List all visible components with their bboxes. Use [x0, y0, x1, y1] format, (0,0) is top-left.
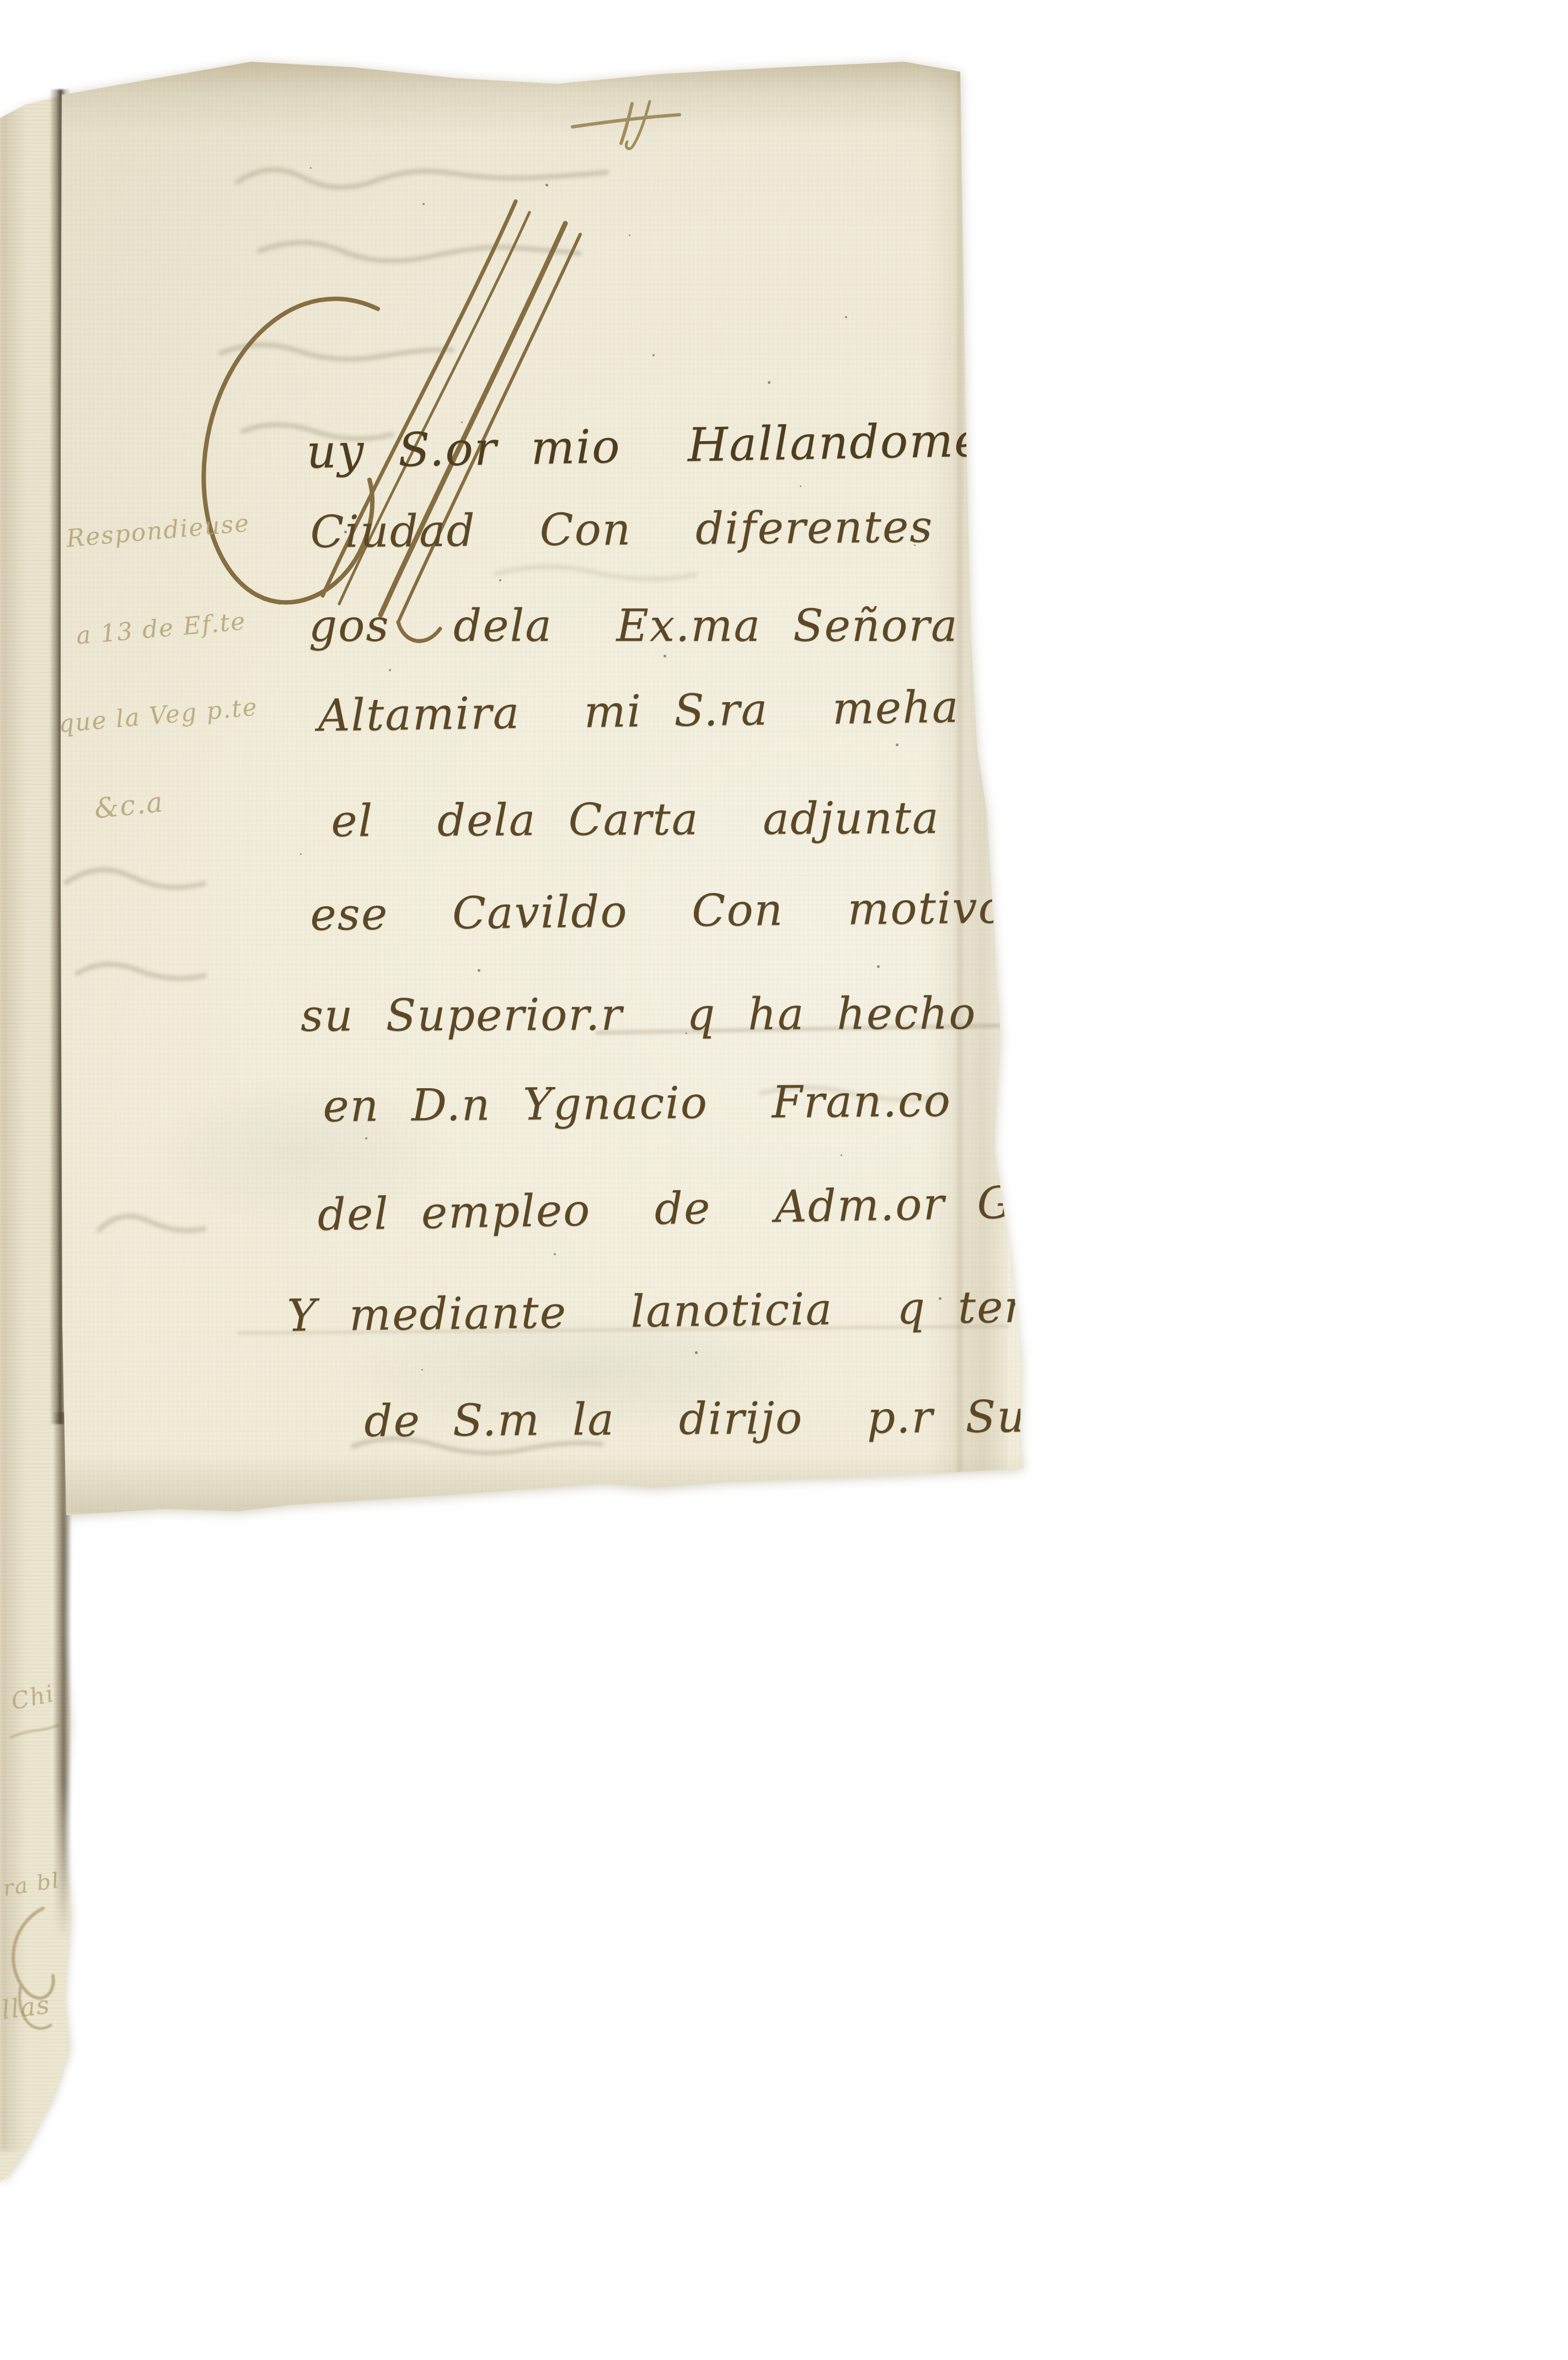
horizontal-crease: [237, 1325, 1009, 1335]
letter-line: Altamira mi S.ra meha dirig.do: [318, 678, 1207, 741]
wrinkle-shading: [83, 1020, 524, 1285]
letter-line: el dela Carta adjunta para —: [331, 791, 1187, 847]
top-tt-mark: [0, 0, 1568, 2360]
top-edge-shading: [58, 58, 968, 135]
margin-note-line: Respondieuse: [65, 509, 251, 553]
letter-line: su Superior.r q ha hecho S.C.: [301, 987, 1134, 1041]
letter-line: en D.n Ygnacio Fran.co Vazques: [323, 1073, 1206, 1132]
letter-line: gos dela Ex.ma Señora Condesa de: [309, 600, 1278, 651]
margin-note-line: que la Veg p.te: [57, 693, 259, 738]
margin-note-line: a 13 de Ef.te: [75, 607, 247, 650]
manuscript-scan: Chi ra bl llas: [0, 0, 1568, 2360]
wrinkle-shading: [248, 1269, 910, 1478]
letter-line: del empleo de Adm.or Gen.l ;: [317, 1175, 1149, 1240]
horizontal-crease: [596, 1024, 1004, 1035]
letter-line: Ciudad Con diferentes encar: [310, 499, 1130, 558]
bottom-edge-shading: [60, 1432, 1030, 1515]
letter-line: de S.m la dirijo p.r Su mano: [364, 1390, 1186, 1447]
right-fold-shading: [927, 63, 1007, 1475]
letter-page-wrap: Respondieuse a 13 de Ef.te que la Veg p.…: [0, 0, 1568, 2360]
vertical-fold-crease: [957, 72, 962, 1473]
margin-note-line: &c.a: [93, 786, 165, 825]
initial-m-flourish: [0, 0, 1568, 2360]
letter-line: Y mediante lanoticia q tengo: [287, 1280, 1091, 1341]
ink-showthrough-marks: [0, 0, 1568, 2360]
letter-page: Respondieuse a 13 de Ef.te que la Veg p.…: [0, 0, 1568, 2360]
letter-line: ese Cavildo Con motivo del: [310, 880, 1142, 940]
letter-line: uy S.or mio Hallandome en esta: [306, 408, 1245, 479]
